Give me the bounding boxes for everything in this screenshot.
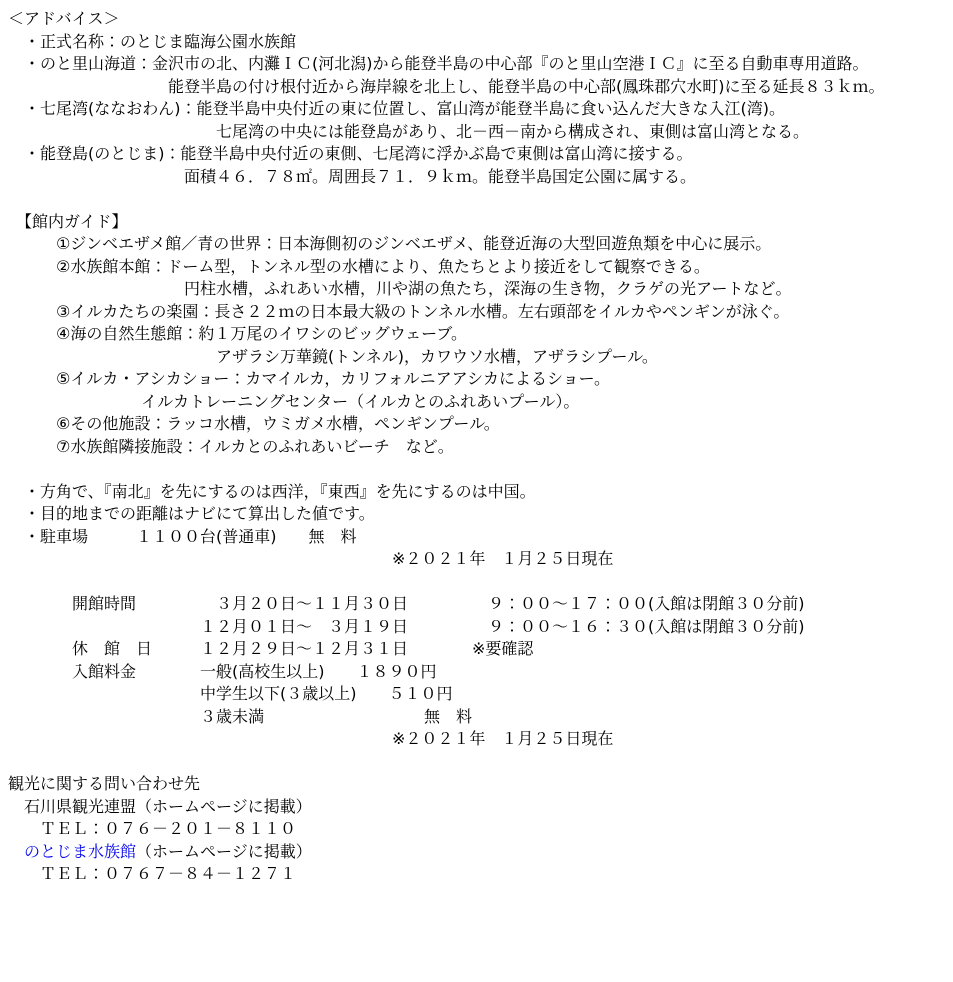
hours-line-fee-infant: ３歳未満 無 料 <box>8 706 953 729</box>
notojima-aquarium-link[interactable]: のとじま水族館 <box>8 842 136 861</box>
note-line-parking: ・駐車場 １１００台(普通車) 無 料 <box>8 526 953 549</box>
contact-aquarium-tel: ＴＥＬ：０７６７－８４－１２７１ <box>8 863 953 886</box>
hours-line-fee-child: 中学生以下(３歳以上) ５１０円 <box>8 683 953 706</box>
advice-line-nanao-bay-cont: 七尾湾の中央には能登島があり、北－西－南から構成され、東側は富山湾となる。 <box>8 121 953 144</box>
guide-line-4: ④海の自然生態館：約１万尾のイワシのビッグウェーブ。 <box>8 323 953 346</box>
contact-aquarium-link-suffix: （ホームページに掲載） <box>136 842 312 861</box>
contact-heading: 観光に関する問い合わせ先 <box>8 773 953 796</box>
guide-line-5: ⑤イルカ・アシカショー：カマイルカ，カリフォルニアアシカによるショー。 <box>8 368 953 391</box>
advice-line-notojima: ・能登島(のとじま)：能登半島中央付近の東側、七尾湾に浮かぶ島で東側は富山湾に接… <box>8 143 953 166</box>
advice-line-satoyama-kaido: ・のと里山海道：金沢市の北、内灘ＩＣ(河北潟)から能登半島の中心部『のと里山空港… <box>8 53 953 76</box>
blank-line <box>8 188 953 211</box>
guide-line-7: ⑦水族館隣接施設：イルカとのふれあいビーチ など。 <box>8 436 953 459</box>
contact-ishikawa-federation: 石川県観光連盟（ホームページに掲載） <box>8 796 953 819</box>
contact-ishikawa-tel: ＴＥＬ：０７６－２０１－８１１０ <box>8 818 953 841</box>
blank-line <box>8 571 953 594</box>
guide-line-1: ①ジンベエザメ館／青の世界：日本海側初のジンベエザメ、能登近海の大型回遊魚類を中… <box>8 233 953 256</box>
blank-line <box>8 458 953 481</box>
guide-heading: 【館内ガイド】 <box>8 211 953 234</box>
advice-line-official-name: ・正式名称：のとじま臨海公園水族館 <box>8 31 953 54</box>
note-line-distance: ・目的地までの距離はナビにて算出した値です。 <box>8 503 953 526</box>
hours-line-open-1: 開館時間 ３月２０日～１１月３０日 ９：００～１７：００(入館は閉館３０分前) <box>8 593 953 616</box>
hours-as-of-date: ※２０２１年 １月２５日現在 <box>8 728 953 751</box>
note-line-direction: ・方角で、『南北』を先にするのは西洋，『東西』を先にするのは中国。 <box>8 481 953 504</box>
text-document: ＜アドバイス＞ ・正式名称：のとじま臨海公園水族館 ・のと里山海道：金沢市の北、… <box>0 0 953 982</box>
guide-line-4-cont: アザラシ万華鏡(トンネル)，カワウソ水槽，アザラシプール。 <box>8 346 953 369</box>
hours-line-fee-adult: 入館料金 一般(高校生以上) １８９０円 <box>8 661 953 684</box>
guide-line-6: ⑥その他施設：ラッコ水槽，ウミガメ水槽，ペンギンプール。 <box>8 413 953 436</box>
note-as-of-date: ※２０２１年 １月２５日現在 <box>8 548 953 571</box>
contact-aquarium-line: のとじま水族館（ホームページに掲載） <box>8 841 953 864</box>
advice-heading: ＜アドバイス＞ <box>8 8 953 31</box>
guide-line-2-cont: 円柱水槽，ふれあい水槽，川や湖の魚たち，深海の生き物，クラゲの光アートなど。 <box>8 278 953 301</box>
blank-line <box>8 751 953 774</box>
advice-line-notojima-cont: 面積４６．７８㎡。周囲長７１．９ｋｍ。能登半島国定公園に属する。 <box>8 166 953 189</box>
advice-line-satoyama-kaido-cont: 能登半島の付け根付近から海岸線を北上し、能登半島の中心部(鳳珠郡穴水町)に至る延… <box>8 76 953 99</box>
hours-line-closed: 休 館 日 １２月２９日～１２月３１日 ※要確認 <box>8 638 953 661</box>
hours-line-open-2: １２月０１日～ ３月１９日 ９：００～１６：３０(入館は閉館３０分前) <box>8 616 953 639</box>
advice-line-nanao-bay: ・七尾湾(ななおわん)：能登半島中央付近の東に位置し、富山湾が能登半島に食い込ん… <box>8 98 953 121</box>
guide-line-3: ③イルカたちの楽園：長さ２２ｍの日本最大級のトンネル水槽。左右頭部をイルカやペン… <box>8 301 953 324</box>
guide-line-5-cont: イルカトレーニングセンター（イルカとのふれあいプール）。 <box>8 391 953 414</box>
guide-line-2: ②水族館本館：ドーム型，トンネル型の水槽により、魚たちとより接近をして観察できる… <box>8 256 953 279</box>
